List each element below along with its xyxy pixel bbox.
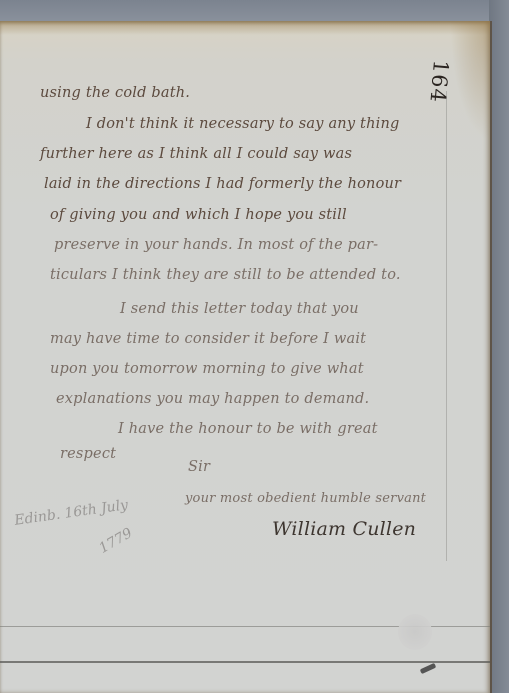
letter-line: of giving you and which I hope you still bbox=[50, 207, 347, 223]
docket-year: 1779 bbox=[96, 525, 135, 557]
salutation: Sir bbox=[188, 459, 210, 475]
letter-body: using the cold bath. I don't think it ne… bbox=[0, 21, 490, 693]
scan-backdrop-top bbox=[0, 0, 509, 22]
manuscript-page: 164 using the cold bath. I don't think i… bbox=[0, 21, 492, 693]
letter-line: preserve in your hands. In most of the p… bbox=[54, 237, 378, 253]
letter-line: I don't think it necessary to say any th… bbox=[86, 116, 399, 132]
docket-date: Edinb. 16th July bbox=[13, 497, 129, 529]
letter-line: respect bbox=[60, 446, 116, 462]
letter-line: I have the honour to be with great bbox=[118, 421, 378, 437]
letter-line: explanations you may happen to demand. bbox=[56, 391, 369, 407]
letter-line: further here as I think all I could say … bbox=[40, 146, 352, 162]
scan-backdrop-right bbox=[489, 0, 509, 693]
letter-line: ticulars I think they are still to be at… bbox=[50, 267, 401, 283]
letter-line: may have time to consider it before I wa… bbox=[50, 331, 366, 347]
signature: William Cullen bbox=[272, 518, 416, 540]
letter-line: using the cold bath. bbox=[40, 85, 190, 101]
letter-line: upon you tomorrow morning to give what bbox=[50, 361, 364, 377]
letter-line: laid in the directions I had formerly th… bbox=[44, 176, 401, 192]
letter-line: I send this letter today that you bbox=[120, 301, 359, 317]
valediction: your most obedient humble servant bbox=[185, 491, 426, 506]
